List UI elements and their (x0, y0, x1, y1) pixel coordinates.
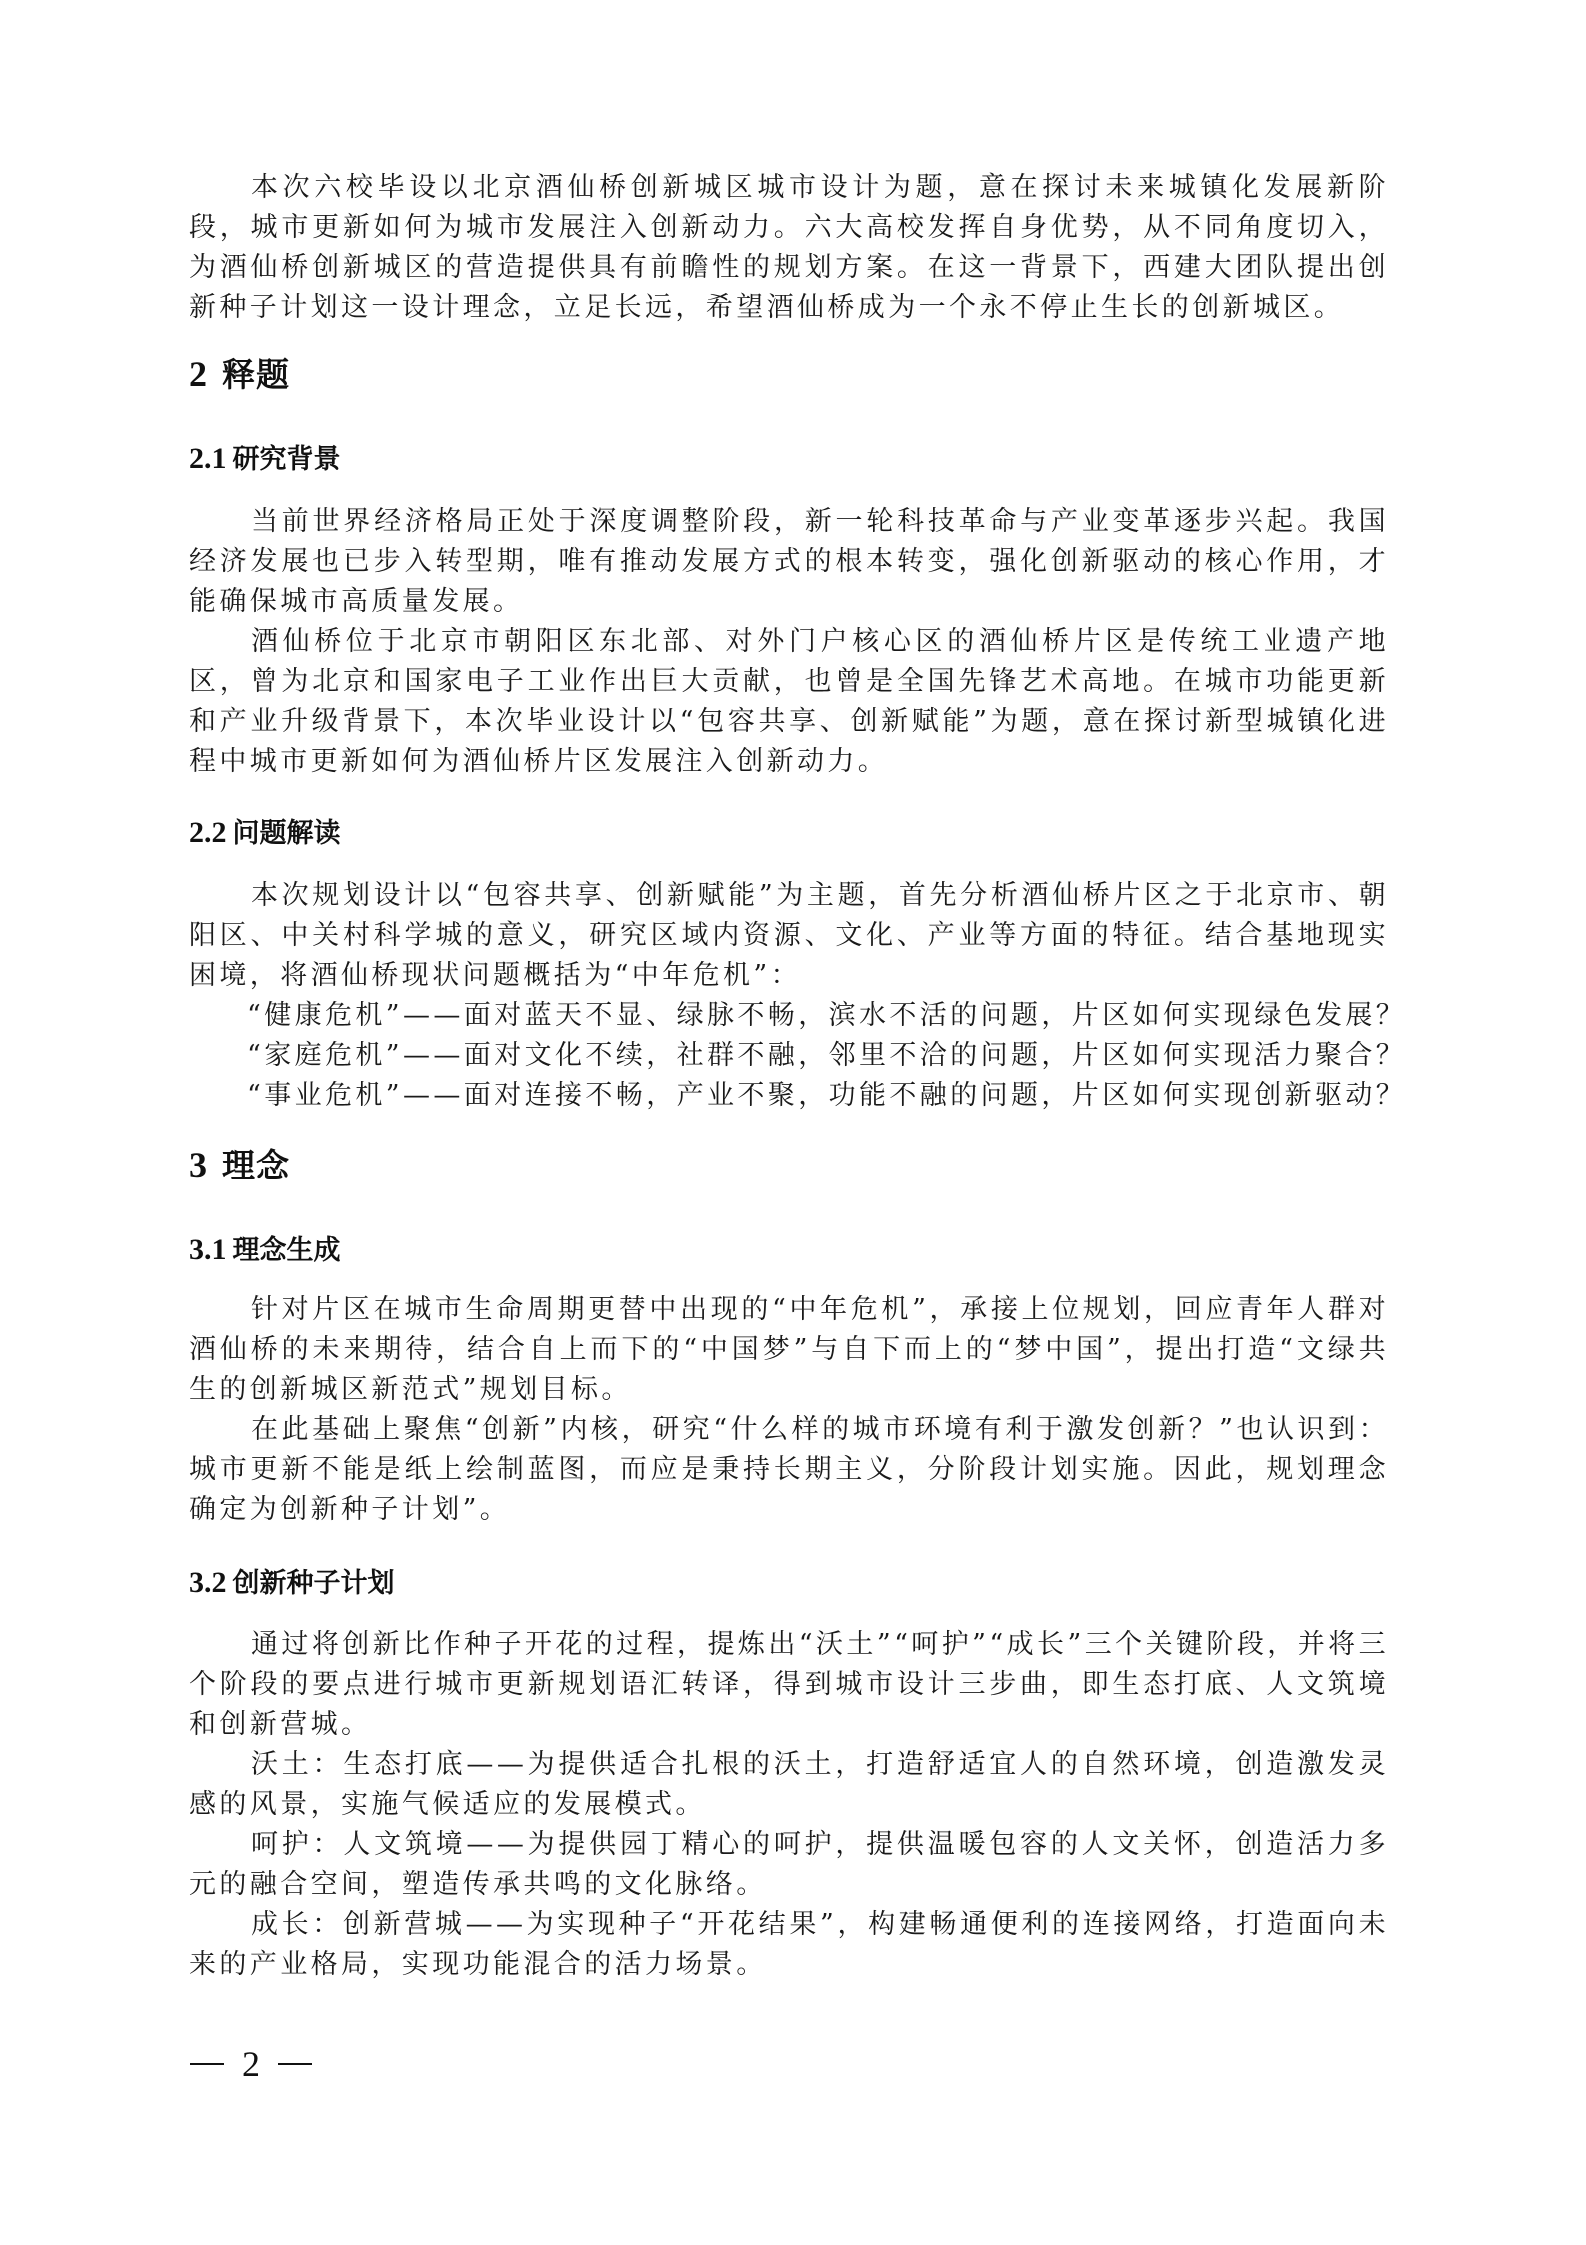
paragraph-growth: 成长：创新营城——为实现种子“开花结果”，构建畅通便利的连接网络，打造面向未来的… (189, 1905, 1389, 1985)
page-footer: 2 (190, 2043, 312, 2085)
subsection-3-1-heading: 3.1理念生成 (189, 1230, 1389, 1271)
crisis-item-career: “事业危机”——面对连接不畅，产业不聚，功能不融的问题，片区如何实现创新驱动？ (189, 1076, 1389, 1116)
subsection-2-2-heading: 2.2问题解读 (189, 813, 1389, 854)
paragraph: 当前世界经济格局正处于深度调整阶段，新一轮科技革命与产业变革逐步兴起。我国经济发… (189, 502, 1389, 622)
intro-paragraph: 本次六校毕设以北京酒仙桥创新城区城市设计为题，意在探讨未来城镇化发展新阶段，城市… (189, 168, 1389, 328)
footer-dash-right (278, 2063, 312, 2065)
subsection-title: 问题解读 (233, 818, 341, 849)
section-3-heading: 3理念 (189, 1143, 1389, 1188)
paragraph: 在此基础上聚焦“创新”内核，研究“什么样的城市环境有利于激发创新？”也认识到：城… (189, 1410, 1389, 1530)
subsection-title: 研究背景 (233, 444, 341, 475)
subsection-title: 创新种子计划 (233, 1568, 395, 1599)
subsection-3-1-body: 针对片区在城市生命周期更替中出现的“中年危机”，承接上位规划，回应青年人群对酒仙… (189, 1290, 1389, 1530)
section-heading: 3理念 (189, 1143, 1389, 1188)
subsection-number: 3.2 (189, 1566, 227, 1599)
subsection-heading: 3.2创新种子计划 (189, 1563, 1389, 1604)
subsection-heading: 2.1研究背景 (189, 439, 1389, 480)
footer-dash-left (190, 2063, 224, 2065)
paragraph: 酒仙桥位于北京市朝阳区东北部、对外门户核心区的酒仙桥片区是传统工业遗产地区，曾为… (189, 622, 1389, 782)
subsection-2-2-body: 本次规划设计以“包容共享、创新赋能”为主题，首先分析酒仙桥片区之于北京市、朝阳区… (189, 876, 1389, 1116)
section-title: 释题 (222, 355, 290, 394)
subsection-heading: 2.2问题解读 (189, 813, 1389, 854)
subsection-number: 3.1 (189, 1233, 227, 1266)
section-number: 2 (189, 354, 208, 394)
paragraph: 本次规划设计以“包容共享、创新赋能”为主题，首先分析酒仙桥片区之于北京市、朝阳区… (189, 876, 1389, 996)
subsection-number: 2.2 (189, 816, 227, 849)
subsection-number: 2.1 (189, 442, 227, 475)
crisis-item-family: “家庭危机”——面对文化不续，社群不融，邻里不洽的问题，片区如何实现活力聚合？ (189, 1036, 1389, 1076)
subsection-3-2-heading: 3.2创新种子计划 (189, 1563, 1389, 1604)
section-2-heading: 2释题 (189, 352, 1389, 397)
paragraph: 通过将创新比作种子开花的过程，提炼出“沃土”“呵护”“成长”三个关键阶段，并将三… (189, 1625, 1389, 1745)
subsection-title: 理念生成 (233, 1235, 341, 1266)
crisis-item-health: “健康危机”——面对蓝天不显、绿脉不畅，滨水不活的问题，片区如何实现绿色发展？ (189, 996, 1389, 1036)
subsection-2-1-heading: 2.1研究背景 (189, 439, 1389, 480)
paragraph-fertile-soil: 沃土：生态打底——为提供适合扎根的沃土，打造舒适宜人的自然环境，创造激发灵感的风… (189, 1745, 1389, 1825)
subsection-3-2-body: 通过将创新比作种子开花的过程，提炼出“沃土”“呵护”“成长”三个关键阶段，并将三… (189, 1625, 1389, 1985)
page-number: 2 (242, 2043, 260, 2085)
section-number: 3 (189, 1145, 208, 1185)
paragraph: 针对片区在城市生命周期更替中出现的“中年危机”，承接上位规划，回应青年人群对酒仙… (189, 1290, 1389, 1410)
intro-block: 本次六校毕设以北京酒仙桥创新城区城市设计为题，意在探讨未来城镇化发展新阶段，城市… (189, 168, 1389, 328)
subsection-2-1-body: 当前世界经济格局正处于深度调整阶段，新一轮科技革命与产业变革逐步兴起。我国经济发… (189, 502, 1389, 782)
subsection-heading: 3.1理念生成 (189, 1230, 1389, 1271)
document-page: 本次六校毕设以北京酒仙桥创新城区城市设计为题，意在探讨未来城镇化发展新阶段，城市… (0, 0, 1586, 2245)
section-heading: 2释题 (189, 352, 1389, 397)
paragraph-nurture: 呵护：人文筑境——为提供园丁精心的呵护，提供温暖包容的人文关怀，创造活力多元的融… (189, 1825, 1389, 1905)
section-title: 理念 (222, 1146, 290, 1185)
